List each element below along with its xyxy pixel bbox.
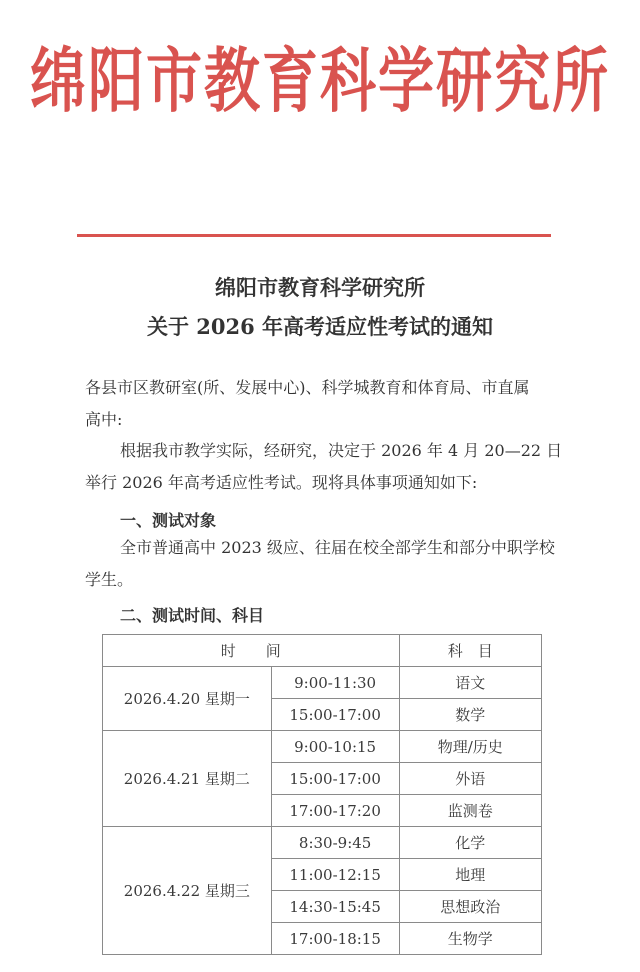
- time-cell: 17:00-18:15: [271, 923, 399, 955]
- subject-cell: 物理/历史: [399, 731, 541, 763]
- date-cell: 2026.4.20 星期一: [103, 667, 272, 731]
- section-2-heading: 二、测试时间、科目: [120, 603, 264, 626]
- subject-cell: 监测卷: [399, 795, 541, 827]
- header-subject: 科 目: [399, 635, 541, 667]
- time-cell: 15:00-17:00: [271, 699, 399, 731]
- notice-title-issuer: 绵阳市教育科学研究所: [0, 272, 640, 302]
- subject-cell: 生物学: [399, 923, 541, 955]
- time-cell: 8:30-9:45: [271, 827, 399, 859]
- time-cell: 15:00-17:00: [271, 763, 399, 795]
- time-cell: 9:00-11:30: [271, 667, 399, 699]
- date-cell: 2026.4.22 星期三: [103, 827, 272, 955]
- section-1-heading: 一、测试对象: [120, 508, 216, 531]
- section-1-line-2: 学生。: [85, 572, 565, 588]
- time-cell: 11:00-12:15: [271, 859, 399, 891]
- time-cell: 17:00-17:20: [271, 795, 399, 827]
- subject-cell: 化学: [399, 827, 541, 859]
- subject-cell: 外语: [399, 763, 541, 795]
- header-time: 时 间: [103, 635, 400, 667]
- subject-cell: 思想政治: [399, 891, 541, 923]
- table-row: 2026.4.22 星期三 8:30-9:45 化学: [103, 827, 542, 859]
- table-row: 2026.4.20 星期一 9:00-11:30 语文: [103, 667, 542, 699]
- date-cell: 2026.4.21 星期二: [103, 731, 272, 827]
- addressee-line-1: 各县市区教研室(所、发展中心)、科学城教育和体育局、市直属: [85, 380, 565, 396]
- subject-cell: 数学: [399, 699, 541, 731]
- table-row: 2026.4.21 星期二 9:00-10:15 物理/历史: [103, 731, 542, 763]
- time-cell: 14:30-15:45: [271, 891, 399, 923]
- red-divider-line: [77, 234, 551, 237]
- intro-line-1: 根据我市教学实际，经研究，决定于 2026 年 4 月 20—22 日: [120, 443, 600, 459]
- exam-schedule-table: 时 间 科 目 2026.4.20 星期一 9:00-11:30 语文 15:0…: [102, 634, 542, 955]
- subject-cell: 语文: [399, 667, 541, 699]
- section-1-line-1: 全市普通高中 2023 级应、往届在校全部学生和部分中职学校: [120, 540, 600, 556]
- notice-title-subject: 关于 2026 年高考适应性考试的通知: [0, 311, 640, 341]
- intro-line-2: 举行 2026 年高考适应性考试。现将具体事项通知如下:: [85, 475, 565, 491]
- subject-cell: 地理: [399, 859, 541, 891]
- table-header-row: 时 间 科 目: [103, 635, 542, 667]
- masthead-org-name: 绵阳市教育科学研究所: [0, 46, 640, 116]
- addressee-line-2: 高中:: [85, 412, 565, 428]
- time-cell: 9:00-10:15: [271, 731, 399, 763]
